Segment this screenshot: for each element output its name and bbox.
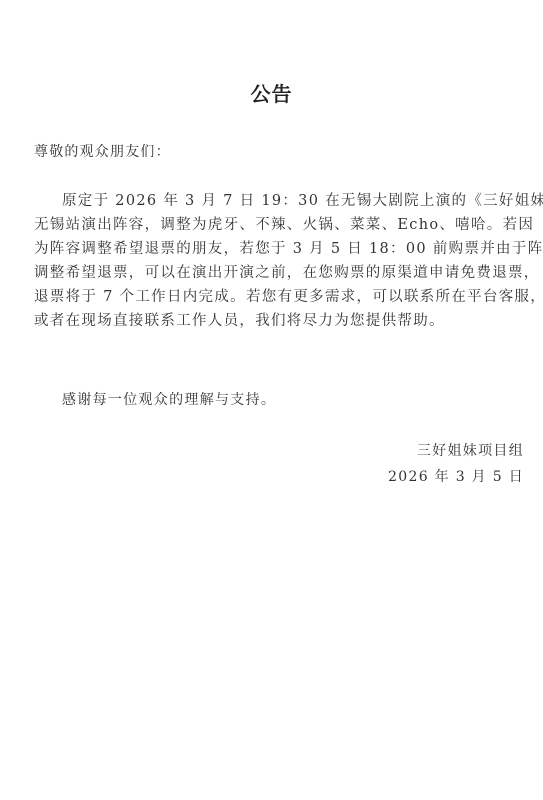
announcement-body: 原定于 2026 年 3 月 7 日 19：30 在无锡大剧院上演的《三好姐妹》… <box>34 189 529 333</box>
salutation: 尊敬的观众朋友们： <box>34 141 171 161</box>
body-line: 调整希望退票，可以在演出开演之前，在您购票的原渠道申请免费退票， <box>34 261 529 285</box>
signature-organization: 三好姐妹项目组 <box>388 438 524 464</box>
signature-date: 2026 年 3 月 5 日 <box>388 464 524 490</box>
signature-block: 三好姐妹项目组 2026 年 3 月 5 日 <box>388 438 524 490</box>
body-line: 或者在现场直接联系工作人员，我们将尽力为您提供帮助。 <box>34 309 529 333</box>
body-line: 无锡站演出阵容，调整为虎牙、不辣、火锅、菜菜、Echo、嘻哈。若因 <box>34 213 529 237</box>
announcement-page: 公告 尊敬的观众朋友们： 原定于 2026 年 3 月 7 日 19：30 在无… <box>0 0 543 800</box>
body-line: 为阵容调整希望退票的朋友，若您于 3 月 5 日 18：00 前购票并由于阵容 <box>34 237 529 261</box>
body-line: 退票将于 7 个工作日内完成。若您有更多需求，可以联系所在平台客服， <box>34 285 529 309</box>
announcement-title: 公告 <box>0 78 543 107</box>
thanks-line: 感谢每一位观众的理解与支持。 <box>62 389 276 409</box>
body-line: 原定于 2026 年 3 月 7 日 19：30 在无锡大剧院上演的《三好姐妹》 <box>34 189 529 213</box>
